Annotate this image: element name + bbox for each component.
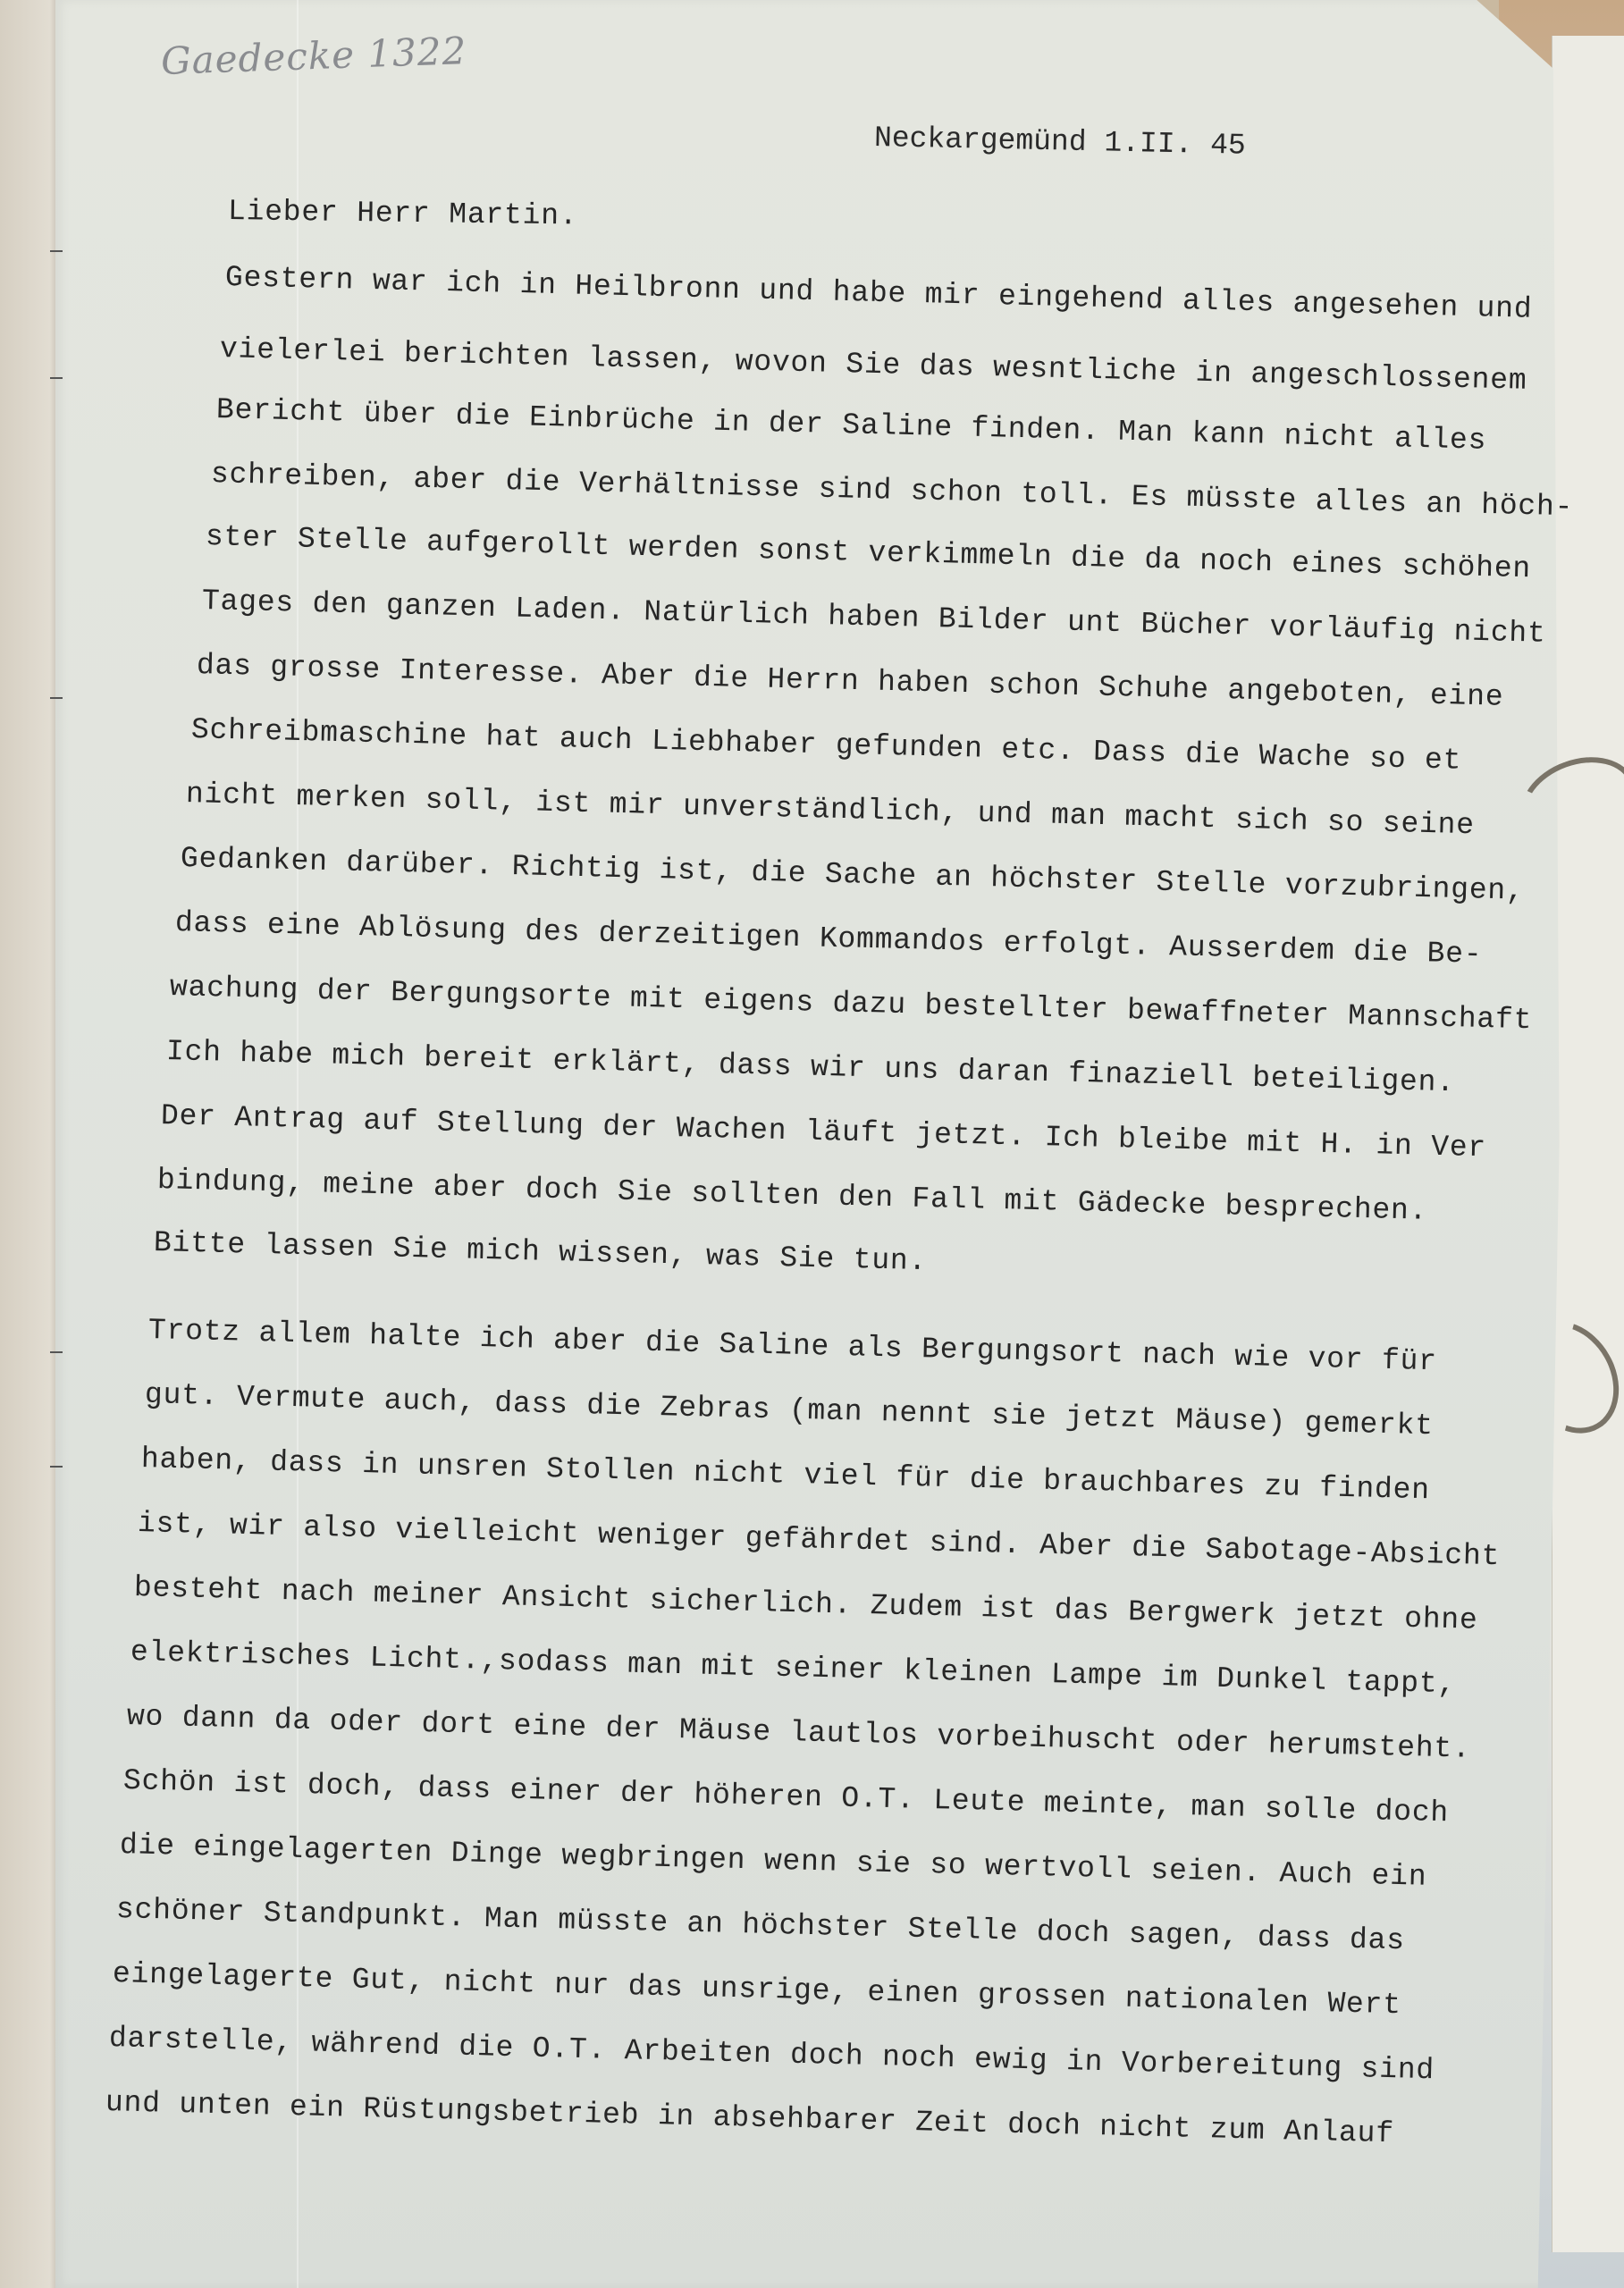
backdrop-left — [0, 0, 63, 2288]
margin-mark — [50, 250, 63, 252]
underlying-sheet — [1552, 36, 1624, 2252]
salutation: Lieber Herr Martin. — [228, 195, 578, 232]
margin-mark — [50, 1351, 63, 1353]
margin-mark — [50, 377, 63, 379]
margin-mark — [50, 1466, 63, 1468]
margin-mark — [50, 697, 63, 699]
